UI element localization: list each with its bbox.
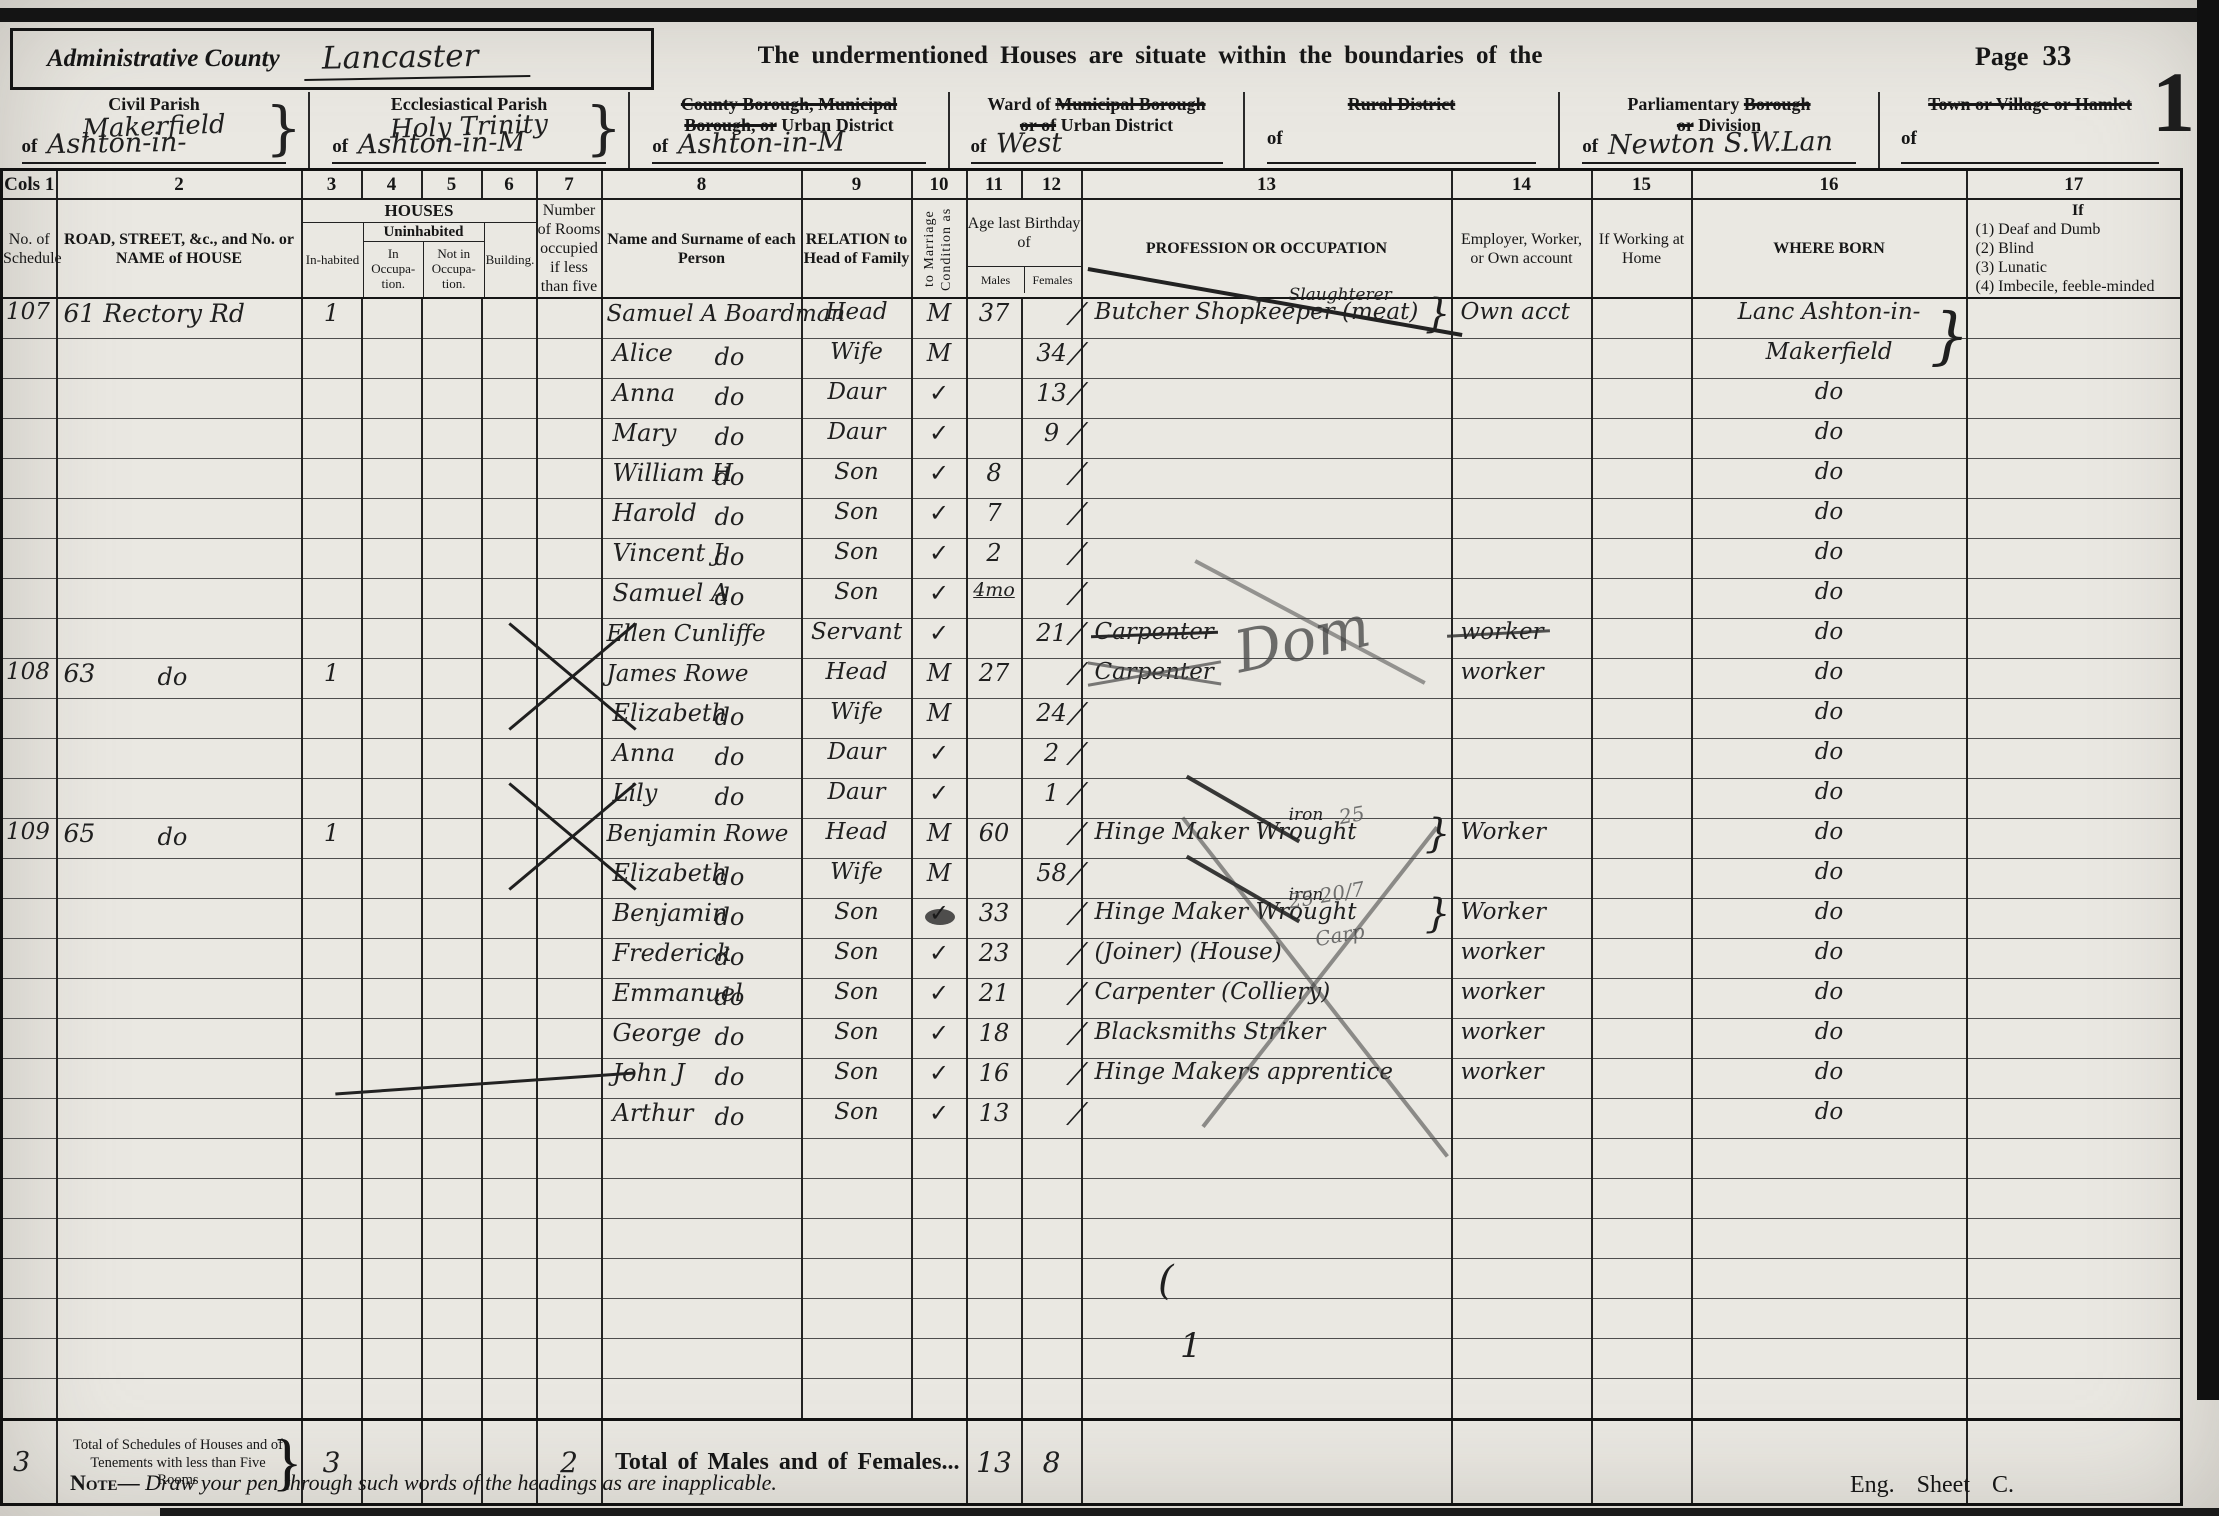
table-row	[2, 1179, 2182, 1219]
occupation: Carpenter	[1095, 619, 1214, 645]
rooms-cell	[537, 499, 602, 539]
employer-status: worker	[1453, 1059, 1544, 1085]
census-table: Cols 1234567891011121314151617 No. of Sc…	[0, 168, 2183, 1506]
person-name	[603, 421, 607, 447]
inhabited-mark: 1	[303, 819, 361, 847]
header-relation: RELATION to Head of Family	[802, 199, 912, 298]
table-row: 107 61 Rectory Rd 1 Samuel A Boardman He…	[2, 298, 2182, 339]
rooms-cell	[537, 298, 602, 339]
address: 61 Rectory Rd	[58, 299, 245, 328]
address	[58, 539, 64, 568]
schedule-number	[3, 859, 6, 885]
marriage-condition: ✓	[913, 499, 966, 527]
address-ditto: do	[158, 823, 188, 851]
address	[58, 459, 64, 488]
table-row: Vincent Jdo Son ✓ 2 ∕ do	[2, 539, 2182, 579]
totals-males: 13	[967, 1420, 1022, 1505]
schedule-number	[3, 1019, 6, 1045]
birthplace: do	[1815, 699, 1844, 725]
age-female: 24	[1023, 699, 1081, 727]
column-number-6: 6	[482, 170, 537, 200]
pencil-annotation: 25	[1337, 801, 1366, 829]
address: 65	[58, 819, 96, 848]
surname-ditto: do	[715, 943, 745, 971]
surname-ditto: do	[715, 583, 745, 611]
person-given-name	[607, 1219, 613, 1247]
rooms-cell	[537, 579, 602, 619]
table-row	[2, 1379, 2182, 1420]
totals-schedule: 3	[2, 1420, 57, 1505]
person-name	[603, 1181, 607, 1207]
marriage-condition: M	[913, 699, 966, 727]
column-number-13: 13	[1082, 170, 1452, 200]
relation: Son	[803, 499, 911, 525]
marriage-condition: ✓	[913, 1059, 966, 1087]
age-male: 7	[968, 499, 1021, 527]
person-given-name: Harold	[607, 499, 697, 527]
schedule-number: 107	[3, 299, 50, 325]
occupation: Carpenter (Colliery)	[1095, 979, 1331, 1005]
address	[58, 579, 64, 608]
age-male: 21	[968, 979, 1021, 1007]
boundary-cell-2: Ecclesiastical ParishHoly TrinityofAshto…	[310, 92, 630, 168]
marriage-condition: ✓	[913, 539, 966, 567]
address	[58, 699, 64, 728]
column-headers-row: No. of Schedule ROAD, STREET, &c., and N…	[2, 199, 2182, 298]
marriage-condition: ✓	[913, 1019, 966, 1047]
marriage-condition: ✓	[913, 899, 966, 927]
scan-right-edge	[2197, 0, 2219, 1400]
person-name	[603, 341, 607, 367]
page-label: Page	[1975, 42, 2028, 71]
rooms-cell	[537, 659, 602, 699]
address	[58, 1219, 64, 1248]
occupation-superscript: Slaughterer	[1289, 285, 1392, 305]
address	[58, 1179, 64, 1208]
header-road-street: ROAD, STREET, &c., and No. or NAME of HO…	[57, 199, 302, 298]
person-given-name: Frederick	[607, 939, 732, 967]
birthplace: do	[1815, 379, 1844, 405]
header-uninhabited: Uninhabited	[364, 223, 484, 242]
relation: Son	[803, 939, 911, 965]
person-name: Ellen Cunliffe	[603, 621, 766, 647]
person-name	[603, 1221, 607, 1247]
table-row: Annado Daur ✓ 13 ∕ do	[2, 379, 2182, 419]
age-female: 58	[1023, 859, 1081, 887]
address	[58, 1379, 64, 1408]
surname-ditto: do	[715, 983, 745, 1011]
age-female: 13	[1023, 379, 1081, 407]
boundary-cell-5: Rural Districtof	[1245, 92, 1560, 168]
surname-ditto: do	[715, 703, 745, 731]
person-given-name	[607, 1259, 613, 1287]
header-not-in-occupation: Not in Occupa-tion.	[424, 242, 484, 297]
relation: Daur	[803, 379, 911, 405]
person-name	[603, 701, 607, 727]
stray-pen-mark: (	[1158, 1258, 1174, 1304]
address	[58, 499, 64, 528]
rooms-cell	[537, 339, 602, 379]
employer-status	[1453, 1339, 1461, 1365]
birthplace: do	[1815, 859, 1844, 885]
employer-status	[1453, 699, 1461, 725]
relation: Son	[803, 1059, 911, 1085]
footnote: Note— Draw your pen through such words o…	[70, 1470, 777, 1496]
table-row: Alicedo Wife M 34 ∕ Makerfield	[2, 339, 2182, 379]
birthplace: Makerfield	[1766, 339, 1893, 365]
schedule-number	[3, 779, 6, 805]
person-name	[603, 741, 607, 767]
birthplace: do	[1815, 1059, 1844, 1085]
schedule-number: 109	[3, 819, 50, 845]
person-name	[603, 461, 607, 487]
person-given-name	[607, 1139, 613, 1167]
person-name	[603, 541, 607, 567]
column-number-11: 11	[967, 170, 1022, 200]
employer-status: Worker	[1453, 899, 1546, 925]
inhabited-mark: 1	[303, 659, 361, 687]
marriage-condition: ✓	[913, 979, 966, 1007]
age-female: 9	[1023, 419, 1081, 447]
age-male: 18	[968, 1019, 1021, 1047]
admin-county-value: Lancaster	[303, 37, 530, 81]
sheet-footer: Eng. Sheet C.	[1850, 1472, 2014, 1499]
employer-status	[1453, 779, 1461, 805]
relation: Wife	[803, 859, 911, 885]
inhabited-mark: 1	[303, 299, 361, 327]
schedule-number	[3, 579, 6, 605]
marriage-condition: ✓	[913, 419, 966, 447]
employer-status: worker	[1453, 1019, 1544, 1045]
schedule-number	[3, 339, 6, 365]
birthplace: do	[1815, 419, 1844, 445]
header-working-at-home: If Working at Home	[1592, 199, 1692, 298]
age-female: 34	[1023, 339, 1081, 367]
header-infirmity: If (1) Deaf and Dumb (2) Blind (3) Lunat…	[1967, 199, 2182, 298]
employer-status	[1453, 499, 1461, 525]
schedule-number	[3, 1299, 6, 1325]
relation: Son	[803, 459, 911, 485]
employer-status	[1453, 739, 1461, 765]
rooms-cell	[537, 899, 602, 939]
page-title: The undermentioned Houses are situate wi…	[750, 42, 1550, 70]
header-employer: Employer, Worker, or Own account	[1452, 199, 1592, 298]
person-given-name	[607, 1179, 613, 1207]
marriage-condition: ✓	[913, 779, 966, 807]
table-row: 109 65do 1 Benjamin Rowe Head M 60 ∕ Hin…	[2, 819, 2182, 859]
relation: Son	[803, 579, 911, 605]
schedule-number	[3, 699, 6, 725]
relation: Wife	[803, 339, 911, 365]
header-females: Females	[1025, 267, 1081, 293]
marriage-condition: M	[913, 339, 966, 367]
table-row	[2, 1219, 2182, 1259]
column-number-5: 5	[422, 170, 482, 200]
age-female: 2	[1023, 739, 1081, 767]
header-age: Age last Birthday of	[968, 200, 1081, 266]
surname-ditto: do	[715, 1103, 745, 1131]
relation: Son	[803, 1019, 911, 1045]
person-name	[603, 941, 607, 967]
rooms-cell	[537, 859, 602, 899]
address	[58, 419, 64, 448]
rooms-cell	[537, 979, 602, 1019]
marriage-condition: ✓	[913, 939, 966, 967]
person-given-name	[607, 1299, 613, 1327]
age-male: 16	[968, 1059, 1021, 1087]
person-given-name: Arthur	[607, 1099, 694, 1127]
address	[58, 379, 64, 408]
birthplace: do	[1815, 899, 1844, 925]
relation: Son	[803, 979, 911, 1005]
boundary-cell-3: County Borough, MunicipalBorough, or Urb…	[630, 92, 950, 168]
page-number: Page33	[1975, 40, 2071, 73]
person-name: James Rowe	[603, 661, 749, 687]
column-number-17: 17	[1967, 170, 2182, 200]
table-row: Benjamindo Son ✓ 33 ∕ Hinge Maker Wrough…	[2, 899, 2182, 939]
rooms-cell	[537, 1379, 602, 1420]
relation: Son	[803, 539, 911, 565]
table-row: Arthurdo Son ✓ 13 ∕ do	[2, 1099, 2182, 1139]
rooms-cell	[537, 1019, 602, 1059]
age-male: 27	[968, 659, 1021, 687]
birthplace: do	[1815, 979, 1844, 1005]
table-row: Marydo Daur ✓ 9 ∕ do	[2, 419, 2182, 459]
person-given-name: Elizabeth	[607, 859, 728, 887]
person-given-name	[766, 619, 772, 647]
table-row: Lilydo Daur ✓ 1 ∕ do	[2, 779, 2182, 819]
birthplace: do	[1815, 779, 1844, 805]
schedule-number	[3, 459, 6, 485]
surname-ditto: do	[715, 343, 745, 371]
birthplace: do	[1815, 619, 1844, 645]
person-name	[603, 381, 607, 407]
birthplace: Lanc Ashton-in-	[1738, 299, 1921, 325]
schedule-number	[3, 739, 6, 765]
person-name	[603, 1101, 607, 1127]
person-name	[603, 1381, 607, 1407]
surname-ditto: do	[715, 783, 745, 811]
age-male: 37	[968, 299, 1021, 327]
schedule-number	[3, 1219, 6, 1245]
schedule-number	[3, 619, 6, 645]
header-condition: Condition as to Marriage	[912, 199, 967, 298]
relation: Son	[803, 1099, 911, 1125]
person-given-name: Vincent J	[607, 539, 723, 567]
birthplace: do	[1815, 539, 1844, 565]
employer-status	[1453, 339, 1461, 365]
surname-ditto: do	[715, 463, 745, 491]
rooms-cell	[537, 739, 602, 779]
table-row: Ellen Cunliffe Servant ✓ 21 ∕ Carpenter …	[2, 619, 2182, 659]
surname-ditto: do	[715, 383, 745, 411]
address	[58, 939, 64, 968]
census-sheet: 1 Administrative County Lancaster The un…	[0, 0, 2219, 1516]
person-given-name: Benjamin	[607, 899, 728, 927]
schedule-number	[3, 1059, 6, 1085]
header-houses: HOUSES	[303, 200, 536, 223]
employer-status	[1453, 859, 1461, 885]
occupation-superscript: iron	[1289, 805, 1324, 825]
employer-status	[1453, 1259, 1461, 1285]
marriage-condition: ✓	[913, 739, 966, 767]
page-number-value: 33	[2042, 40, 2071, 72]
address	[58, 1299, 64, 1328]
person-name: Benjamin Rowe	[603, 821, 789, 847]
rooms-cell	[537, 699, 602, 739]
table-row: Samuel Ado Son ✓ 4mo ∕ do	[2, 579, 2182, 619]
age-male: 13	[968, 1099, 1021, 1127]
surname-ditto: do	[715, 503, 745, 531]
person-given-name: George	[607, 1019, 702, 1047]
schedule-number	[3, 499, 6, 525]
scan-top-edge	[0, 8, 2219, 22]
column-number-15: 15	[1592, 170, 1692, 200]
birthplace: do	[1815, 659, 1844, 685]
schedule-number	[3, 1259, 6, 1285]
address	[58, 739, 64, 768]
person-name	[603, 501, 607, 527]
relation: Head	[803, 819, 911, 845]
table-row: Elizabethdo Wife M 58 ∕ do	[2, 859, 2182, 899]
employer-status: Own acct	[1453, 299, 1570, 325]
table-row: Emmanueldo Son ✓ 21 ∕ Carpenter (Collier…	[2, 979, 2182, 1019]
header-where-born: WHERE BORN	[1692, 199, 1967, 298]
table-row: Elizabethdo Wife M 24 ∕ do	[2, 699, 2182, 739]
birthplace: do	[1815, 459, 1844, 485]
schedule-number: 108	[3, 659, 50, 685]
rooms-cell	[537, 539, 602, 579]
age-female: 1	[1023, 779, 1081, 807]
person-name	[603, 1301, 607, 1327]
person-given-name: Anna	[607, 739, 676, 767]
header-name-surname: Name and Surname of each Person	[602, 199, 802, 298]
column-number-12: 12	[1022, 170, 1082, 200]
column-number-14: 14	[1452, 170, 1592, 200]
marriage-condition: M	[913, 819, 966, 847]
person-name	[603, 1341, 607, 1367]
age-male: 8	[968, 459, 1021, 487]
employer-status	[1453, 1379, 1461, 1405]
address	[58, 1099, 64, 1128]
age-male: 23	[968, 939, 1021, 967]
address	[58, 339, 64, 368]
header-building: Building.	[485, 223, 536, 297]
address	[58, 1339, 64, 1368]
rooms-cell	[537, 819, 602, 859]
column-number-3: 3	[302, 170, 362, 200]
rooms-cell	[537, 1179, 602, 1219]
surname-ditto: do	[715, 423, 745, 451]
table-row: Annado Daur ✓ 2 ∕ do	[2, 739, 2182, 779]
surname-ditto: do	[715, 863, 745, 891]
table-row: Frederickdo Son ✓ 23 ∕ (Joiner) (House) …	[2, 939, 2182, 979]
schedule-number	[3, 939, 6, 965]
occupation-brace: }	[1425, 891, 1450, 937]
employer-status: worker	[1453, 619, 1544, 645]
table-row: John Jdo Son ✓ 16 ∕ Hinge Makers apprent…	[2, 1059, 2182, 1099]
relation: Head	[803, 299, 911, 325]
surname-ditto: do	[715, 1063, 745, 1091]
relation: Daur	[803, 419, 911, 445]
header-inhabited: In-habited	[303, 223, 364, 297]
boundary-cell-6: Parliamentary Boroughor DivisionofNewton…	[1560, 92, 1880, 168]
birthplace: do	[1815, 1099, 1844, 1125]
birthplace: do	[1815, 939, 1844, 965]
totals-females: 8	[1022, 1420, 1082, 1505]
schedule-number	[3, 979, 6, 1005]
schedule-number	[3, 539, 6, 565]
boundary-cell-7: Town or Village or Hamletof	[1880, 92, 2180, 168]
schedule-number	[3, 1179, 6, 1205]
age-male: 2	[968, 539, 1021, 567]
table-row: Georgedo Son ✓ 18 ∕ Blacksmiths Striker …	[2, 1019, 2182, 1059]
person-name	[603, 781, 607, 807]
birthplace: do	[1815, 579, 1844, 605]
person-given-name	[607, 1379, 613, 1407]
scan-bottom-edge	[160, 1508, 2219, 1516]
table-row: Harolddo Son ✓ 7 ∕ do	[2, 499, 2182, 539]
address	[58, 619, 64, 648]
person-name	[603, 581, 607, 607]
employer-status: worker	[1453, 659, 1544, 685]
admin-county-box: Administrative County Lancaster	[10, 28, 654, 90]
surname-ditto: do	[715, 903, 745, 931]
address	[58, 1139, 64, 1168]
header-in-occupation: In Occupa-tion.	[364, 242, 425, 297]
column-number-1: Cols 1	[2, 170, 57, 200]
rooms-cell	[537, 1139, 602, 1179]
age-male: 33	[968, 899, 1021, 927]
stray-pen-mark: 1	[1180, 1326, 1202, 1366]
marriage-condition: ✓	[913, 619, 966, 647]
person-given-name: Elizabeth	[607, 699, 728, 727]
marriage-condition: ✓	[913, 459, 966, 487]
column-number-7: 7	[537, 170, 602, 200]
marriage-condition: M	[913, 299, 966, 327]
rooms-cell	[537, 1259, 602, 1299]
surname-ditto: do	[715, 1023, 745, 1051]
table-row	[2, 1339, 2182, 1379]
employer-status	[1453, 1179, 1461, 1205]
age-male: 4mo	[968, 579, 1021, 601]
boundary-row: Civil ParishMakerfieldofAshton-in-}Eccle…	[0, 92, 2180, 168]
address	[58, 1019, 64, 1048]
column-number-4: 4	[362, 170, 422, 200]
table-row	[2, 1259, 2182, 1299]
employer-status	[1453, 539, 1461, 565]
address	[58, 859, 64, 888]
address	[58, 1059, 64, 1088]
schedule-number	[3, 1099, 6, 1125]
employer-status	[1453, 579, 1461, 605]
person-given-name: Samuel A	[607, 579, 729, 607]
column-number-2: 2	[57, 170, 302, 200]
employer-status	[1453, 459, 1461, 485]
column-number-9: 9	[802, 170, 912, 200]
address-ditto: do	[158, 663, 188, 691]
marriage-condition: ✓	[913, 379, 966, 407]
address	[58, 979, 64, 1008]
schedule-number	[3, 1339, 6, 1365]
table-row	[2, 1139, 2182, 1179]
rooms-cell	[537, 1339, 602, 1379]
person-name	[603, 1021, 607, 1047]
column-numbers-row: Cols 1234567891011121314151617	[2, 170, 2182, 200]
person-given-name: Mary	[607, 419, 677, 447]
relation: Head	[803, 659, 911, 685]
person-given-name: Alice	[607, 339, 673, 367]
